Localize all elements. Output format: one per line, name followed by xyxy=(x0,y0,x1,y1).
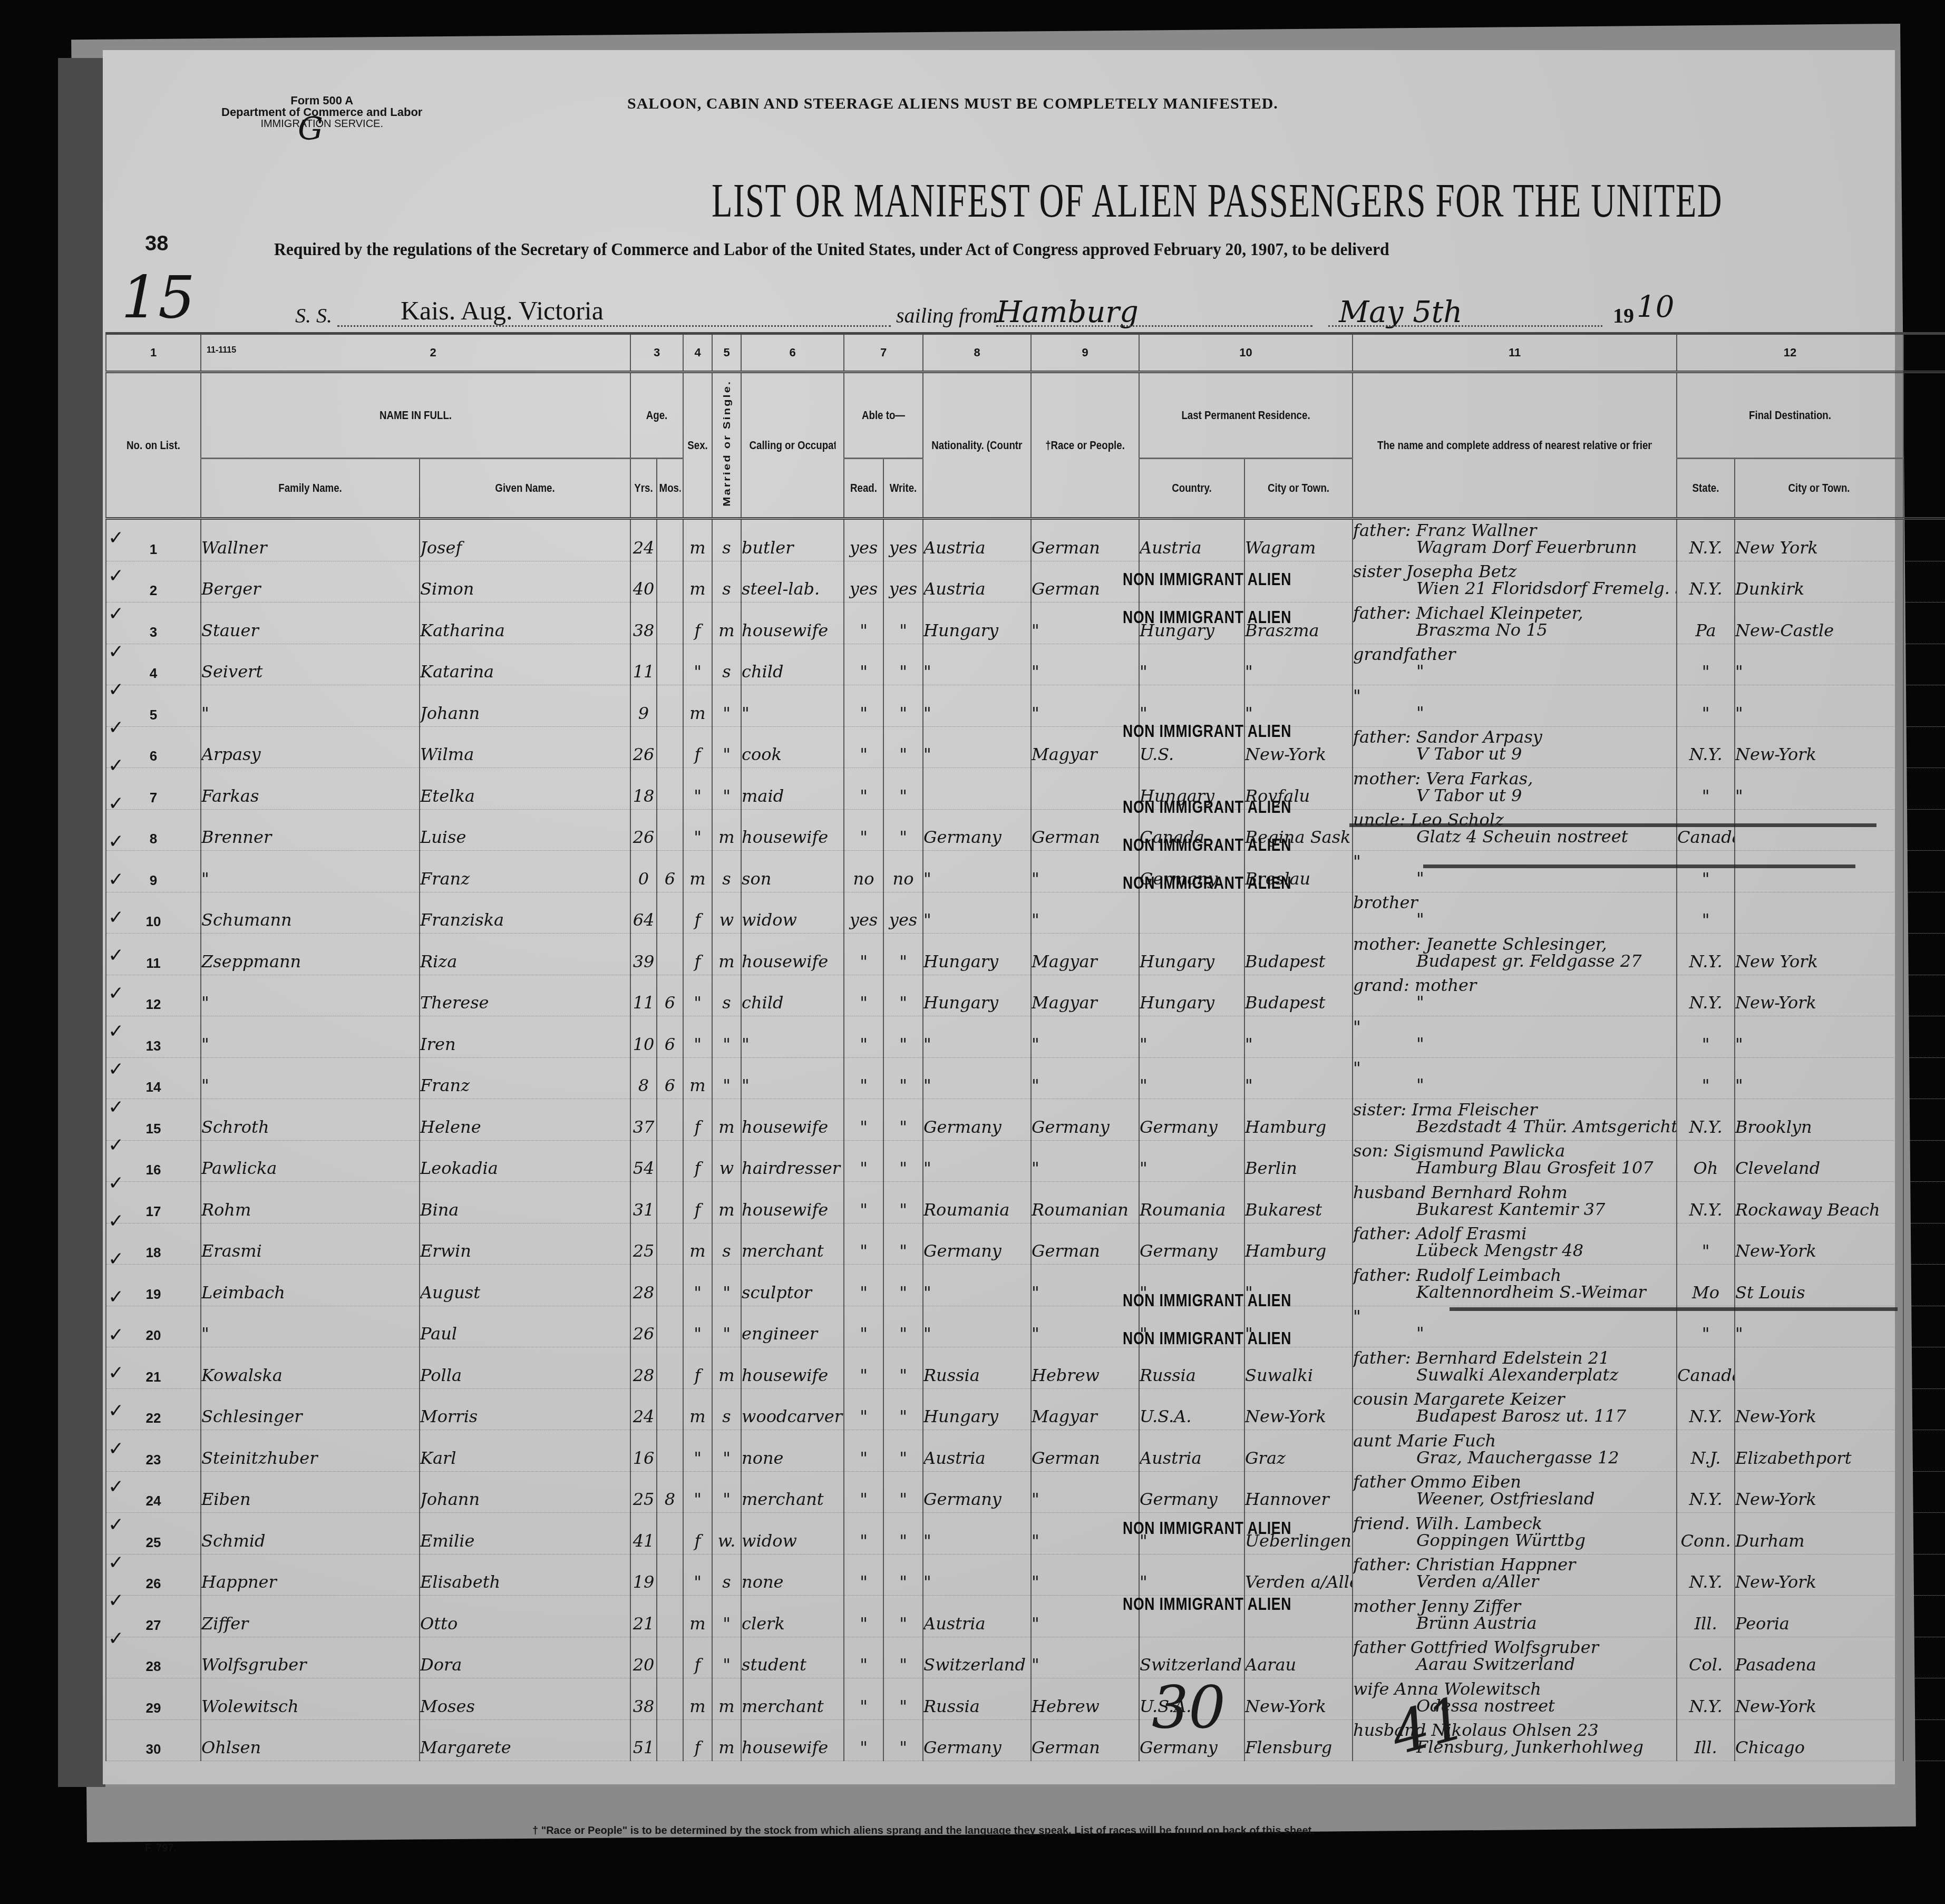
margin-check-icon: ✓ xyxy=(108,1021,124,1042)
age-years: 24 xyxy=(630,1388,657,1430)
manifest-banner: SALOON, CABIN AND STEERAGE ALIENS MUST B… xyxy=(627,95,1278,113)
marital-status: " xyxy=(712,1306,741,1347)
blank-cell xyxy=(1903,1306,1945,1347)
occupation: child xyxy=(741,644,844,685)
destination-state: Mo xyxy=(1677,1265,1735,1306)
given-name: Riza xyxy=(420,934,630,975)
nearest-relative: "" xyxy=(1353,1057,1677,1099)
destination-city: " xyxy=(1735,1016,1903,1058)
age-months xyxy=(657,1265,683,1306)
table-row: 3StauerKatharina38fmhousewife""Hungary"H… xyxy=(106,603,1945,644)
marital-status: " xyxy=(712,1471,741,1513)
list-code: 11-1115 xyxy=(207,346,236,355)
family-name: Kowalska xyxy=(201,1347,420,1389)
col-number-blank xyxy=(1903,334,1945,372)
destination-state: " xyxy=(1677,1057,1735,1099)
marital-status: s xyxy=(712,1388,741,1430)
relative-address: Lübeck Mengstr 48 xyxy=(1353,1242,1676,1259)
destination-state: Col. xyxy=(1677,1637,1735,1678)
family-name: Leimbach xyxy=(201,1265,420,1306)
header-write: Write. xyxy=(887,459,920,519)
can-read: " xyxy=(844,1471,883,1513)
margin-check-icon: ✓ xyxy=(108,1324,124,1346)
non-immigrant-stamp: NON IMMIGRANT ALIEN xyxy=(1123,607,1291,628)
list-number: 30 xyxy=(106,1720,201,1761)
ship-dotted-line xyxy=(337,325,891,327)
relative-name: sister: Irma Fleischer xyxy=(1353,1101,1676,1118)
header-nearest-relative: The name and complete address of nearest… xyxy=(1377,372,1652,519)
departure-port: Hamburg xyxy=(996,295,1139,329)
sex: m xyxy=(683,851,712,892)
nearest-relative: grandfather" xyxy=(1353,644,1677,685)
sex: " xyxy=(683,1016,712,1058)
marital-status: s xyxy=(712,561,741,603)
margin-check-icon: ✓ xyxy=(108,603,124,625)
family-name: Schlesinger xyxy=(201,1388,420,1430)
table-row: 8BrennerLuise26"mhousewife""GermanyGerma… xyxy=(106,809,1945,851)
given-name: Etelka xyxy=(420,768,630,810)
relative-address: Budapest Barosz ut. 117 xyxy=(1353,1407,1676,1424)
age-years: 39 xyxy=(630,934,657,975)
blank-cell xyxy=(1903,1596,1945,1637)
residence-country xyxy=(1139,892,1244,934)
col-number: 4 xyxy=(683,334,712,372)
residence-country: " xyxy=(1139,1140,1244,1182)
residence-city: Bukarest xyxy=(1244,1182,1353,1223)
family-name: Pawlicka xyxy=(201,1140,420,1182)
blank-cell xyxy=(1903,892,1945,934)
header-age: Age. xyxy=(635,372,679,459)
race: Hebrew xyxy=(1031,1347,1139,1389)
sex: f xyxy=(683,1637,712,1678)
nationality: Germany xyxy=(923,1223,1031,1265)
strike-line xyxy=(1423,864,1855,868)
age-years: 10 xyxy=(630,1016,657,1058)
can-write: " xyxy=(883,975,923,1016)
relative-address: Verden a/Aller xyxy=(1353,1573,1676,1590)
can-read: " xyxy=(844,1554,883,1596)
margin-check-icon: ✓ xyxy=(108,1058,124,1080)
family-name: Arpasy xyxy=(201,726,420,768)
can-write: " xyxy=(883,1182,923,1223)
given-name: Polla xyxy=(420,1347,630,1389)
occupation: housewife xyxy=(741,1099,844,1141)
margin-check-icon: ✓ xyxy=(108,1248,124,1270)
relative-name: father: Franz Wallner xyxy=(1353,522,1676,539)
destination-city xyxy=(1735,809,1903,851)
table-row: 17RohmBina31fmhousewife""RoumaniaRoumani… xyxy=(106,1182,1945,1223)
can-write: " xyxy=(883,685,923,727)
marital-status: m xyxy=(712,809,741,851)
margin-check-icon: ✓ xyxy=(108,1438,124,1460)
nearest-relative: son: Sigismund PawlickaHamburg Blau Gros… xyxy=(1353,1140,1677,1182)
given-name: Otto xyxy=(420,1596,630,1637)
race: Magyar xyxy=(1031,975,1139,1016)
sex: " xyxy=(683,644,712,685)
residence-country: Germany xyxy=(1139,1099,1244,1141)
nationality: Hungary xyxy=(923,975,1031,1016)
margin-check-icon: ✓ xyxy=(108,527,124,549)
col-number: 11-11152 xyxy=(201,334,630,372)
can-read: " xyxy=(844,603,883,644)
race: " xyxy=(1031,685,1139,727)
family-name: Ohlsen xyxy=(201,1720,420,1761)
residence-city: Verden a/Aller xyxy=(1244,1554,1353,1596)
relative-name: father Gottfried Wolfsgruber xyxy=(1353,1639,1676,1656)
margin-check-icon: ✓ xyxy=(108,1286,124,1308)
family-name: Wallner xyxy=(201,519,420,561)
family-name: Ziffer xyxy=(201,1596,420,1637)
column-number-row: 1 11-11152 3 4 5 6 7 8 9 10 11 12 xyxy=(106,334,1945,372)
header-occupation: Calling or Occupation. xyxy=(749,372,837,519)
blank-cell xyxy=(1903,519,1945,561)
nearest-relative: father: Christian HappnerVerden a/Aller xyxy=(1353,1554,1677,1596)
destination-state: N.Y. xyxy=(1677,1471,1735,1513)
table-row: 16PawlickaLeokadia54fwhairdresser"""""Be… xyxy=(106,1140,1945,1182)
destination-city: New-York xyxy=(1735,1388,1903,1430)
relative-address: " xyxy=(1353,1325,1676,1342)
sex: " xyxy=(683,1430,712,1472)
given-name: Simon xyxy=(420,561,630,603)
can-read: " xyxy=(844,1265,883,1306)
can-write: " xyxy=(883,1347,923,1389)
blank-cell xyxy=(1903,1471,1945,1513)
family-name: Stauer xyxy=(201,603,420,644)
relative-name: brother xyxy=(1353,894,1676,911)
given-name: Josef xyxy=(420,519,630,561)
nearest-relative: sister: Irma FleischerBezdstadt 4 Thür. … xyxy=(1353,1099,1677,1141)
marital-status: w xyxy=(712,892,741,934)
age-months xyxy=(657,1347,683,1389)
handwritten-group-mark: G xyxy=(298,111,323,148)
sex: f xyxy=(683,1099,712,1141)
occupation: housewife xyxy=(741,1720,844,1761)
destination-city: " xyxy=(1735,685,1903,727)
nearest-relative: "" xyxy=(1353,1306,1677,1347)
relative-name: father: Adolf Erasmi xyxy=(1353,1225,1676,1242)
family-name: " xyxy=(201,1016,420,1058)
race: " xyxy=(1031,644,1139,685)
residence-country: Russia xyxy=(1139,1347,1244,1389)
age-months xyxy=(657,934,683,975)
can-read: " xyxy=(844,644,883,685)
family-name: " xyxy=(201,685,420,727)
sex: f xyxy=(683,603,712,644)
col-number: 5 xyxy=(712,334,741,372)
nationality: " xyxy=(923,1140,1031,1182)
blank-cell xyxy=(1903,603,1945,644)
nationality: " xyxy=(923,1554,1031,1596)
table-row: 15SchrothHelene37fmhousewife""GermanyGer… xyxy=(106,1099,1945,1141)
given-name: Elisabeth xyxy=(420,1554,630,1596)
can-write: " xyxy=(883,1306,923,1347)
age-months xyxy=(657,685,683,727)
occupation: housewife xyxy=(741,603,844,644)
can-read: " xyxy=(844,1057,883,1099)
nearest-relative: "" xyxy=(1353,685,1677,727)
nearest-relative: father: Rudolf LeimbachKaltennordheim S.… xyxy=(1353,1265,1677,1306)
residence-country: " xyxy=(1139,644,1244,685)
nearest-relative: father Ommo EibenWeener, Ostfriesland xyxy=(1353,1471,1677,1513)
occupation: son xyxy=(741,851,844,892)
blank-cell xyxy=(1903,851,1945,892)
married-single-label: Married or Single. xyxy=(721,380,733,507)
can-read: " xyxy=(844,726,883,768)
race: Hebrew xyxy=(1031,1678,1139,1720)
age-years: 11 xyxy=(630,975,657,1016)
destination-state: N.Y. xyxy=(1677,1678,1735,1720)
age-months xyxy=(657,726,683,768)
blank-cell xyxy=(1903,1057,1945,1099)
can-write: " xyxy=(883,1223,923,1265)
margin-check-icon: ✓ xyxy=(108,717,124,739)
residence-city: Graz xyxy=(1244,1430,1353,1472)
family-name: Brenner xyxy=(201,809,420,851)
margin-check-icon: ✓ xyxy=(108,641,124,663)
departure-date: May 5th xyxy=(1339,295,1462,329)
age-months: 6 xyxy=(657,1057,683,1099)
table-row: 12"Therese116"schild""HungaryMagyarHunga… xyxy=(106,975,1945,1016)
destination-state: " xyxy=(1677,685,1735,727)
table-row: 22SchlesingerMorris24mswoodcarver""Hunga… xyxy=(106,1388,1945,1430)
can-write: " xyxy=(883,1720,923,1761)
nationality: Germany xyxy=(923,1471,1031,1513)
sailing-label: sailing from xyxy=(896,303,998,328)
age-months xyxy=(657,1554,683,1596)
sex: f xyxy=(683,892,712,934)
age-months xyxy=(657,1182,683,1223)
occupation: widow xyxy=(741,1513,844,1555)
residence-city: Suwalki xyxy=(1244,1347,1353,1389)
given-name: Moses xyxy=(420,1678,630,1720)
sex: m xyxy=(683,1388,712,1430)
age-years: 25 xyxy=(630,1223,657,1265)
marital-status: " xyxy=(712,1265,741,1306)
race: German xyxy=(1031,1430,1139,1472)
header-no-on-list: No. on List. xyxy=(113,372,194,519)
margin-check-icon: ✓ xyxy=(108,1552,124,1573)
non-immigrant-stamp: NON IMMIGRANT ALIEN xyxy=(1123,569,1291,590)
can-write: yes xyxy=(883,561,923,603)
can-write: " xyxy=(883,1678,923,1720)
margin-check-icon: ✓ xyxy=(108,1096,124,1118)
destination-city xyxy=(1735,892,1903,934)
table-row: 28WolfsgruberDora20f"student""Switzerlan… xyxy=(106,1637,1945,1678)
relative-address: " xyxy=(1353,704,1676,721)
sex: f xyxy=(683,1513,712,1555)
blank-cell xyxy=(1903,1347,1945,1389)
age-months xyxy=(657,644,683,685)
sex: m xyxy=(683,1057,712,1099)
age-years: 41 xyxy=(630,1513,657,1555)
footnote: † "Race or People" is to be determined b… xyxy=(532,1825,1315,1837)
residence-country: Roumania xyxy=(1139,1182,1244,1223)
given-name: Therese xyxy=(420,975,630,1016)
col-number: 7 xyxy=(844,334,923,372)
non-immigrant-stamp: NON IMMIGRANT ALIEN xyxy=(1123,721,1291,742)
table-row: 23SteinitzhuberKarl16""none""AustriaGerm… xyxy=(106,1430,1945,1472)
relative-address: V Tabor ut 9 xyxy=(1353,787,1676,804)
occupation: merchant xyxy=(741,1223,844,1265)
relative-address: V Tabor ut 9 xyxy=(1353,745,1676,762)
destination-state: Oh xyxy=(1677,1140,1735,1182)
sex: m xyxy=(683,685,712,727)
can-write: " xyxy=(883,726,923,768)
age-years: 9 xyxy=(630,685,657,727)
sex: m xyxy=(683,1678,712,1720)
nationality: " xyxy=(923,685,1031,727)
table-row: 13"Iren106""""""""""""" xyxy=(106,1016,1945,1058)
family-name: Erasmi xyxy=(201,1223,420,1265)
can-write: no xyxy=(883,851,923,892)
relative-name: " xyxy=(1353,687,1676,704)
destination-state: N.J. xyxy=(1677,1430,1735,1472)
age-months xyxy=(657,768,683,810)
family-name: " xyxy=(201,1306,420,1347)
nearest-relative: grand: mother" xyxy=(1353,975,1677,1016)
header-country: Country. xyxy=(1147,459,1237,519)
destination-state: N.Y. xyxy=(1677,561,1735,603)
sex: " xyxy=(683,1554,712,1596)
age-years: 20 xyxy=(630,1637,657,1678)
relative-address: Suwalki Alexanderplatz xyxy=(1353,1366,1676,1383)
margin-check-icon: ✓ xyxy=(108,565,124,587)
given-name: Bina xyxy=(420,1182,630,1223)
residence-city: Hamburg xyxy=(1244,1223,1353,1265)
table-row: 14"Franz86m"""""""""""" xyxy=(106,1057,1945,1099)
blank-cell xyxy=(1903,1223,1945,1265)
destination-city: Brooklyn xyxy=(1735,1099,1903,1141)
margin-check-icon: ✓ xyxy=(108,1362,124,1384)
residence-city: " xyxy=(1244,1057,1353,1099)
given-name: Franziska xyxy=(420,892,630,934)
can-write: " xyxy=(883,1513,923,1555)
nearest-relative: father: Michael Kleinpeter,Braszma No 15 xyxy=(1353,603,1677,644)
age-years: 24 xyxy=(630,519,657,561)
given-name: Karl xyxy=(420,1430,630,1472)
nationality: Hungary xyxy=(923,1388,1031,1430)
table-row: 19LeimbachAugust28""sculptor""""""father… xyxy=(106,1265,1945,1306)
age-months xyxy=(657,892,683,934)
occupation: housewife xyxy=(741,809,844,851)
binding-edge xyxy=(58,58,105,1787)
can-write: " xyxy=(883,1140,923,1182)
residence-city: Hamburg xyxy=(1244,1099,1353,1141)
relative-address: Wien 21 Floridsdorf Fremelg. 3 xyxy=(1353,580,1676,597)
can-write: " xyxy=(883,1637,923,1678)
can-read: " xyxy=(844,934,883,975)
margin-check-icon: ✓ xyxy=(108,945,124,966)
marital-status: s xyxy=(712,519,741,561)
age-years: 28 xyxy=(630,1265,657,1306)
destination-state: Conn. xyxy=(1677,1513,1735,1555)
destination-state: " xyxy=(1677,1306,1735,1347)
table-row: 1WallnerJosef24msbutleryesyesAustriaGerm… xyxy=(106,519,1945,561)
can-read: " xyxy=(844,1596,883,1637)
sex: f xyxy=(683,1182,712,1223)
marital-status: " xyxy=(712,768,741,810)
race: German xyxy=(1031,1720,1139,1761)
relative-name: father: Michael Kleinpeter, xyxy=(1353,605,1676,621)
occupation: cook xyxy=(741,726,844,768)
blank-cell xyxy=(1903,1265,1945,1306)
header-family-name: Family Name. xyxy=(217,459,403,519)
nearest-relative: father: Adolf ErasmiLübeck Mengstr 48 xyxy=(1353,1223,1677,1265)
nationality: Hungary xyxy=(923,603,1031,644)
age-years: 19 xyxy=(630,1554,657,1596)
occupation: housewife xyxy=(741,1182,844,1223)
marital-status: m xyxy=(712,1720,741,1761)
destination-city: New-York xyxy=(1735,726,1903,768)
col-number-2: 2 xyxy=(430,346,436,359)
nationality: " xyxy=(923,1016,1031,1058)
relative-address: Kaltennordheim S.-Weimar xyxy=(1353,1284,1676,1300)
age-months xyxy=(657,1637,683,1678)
nearest-relative: mother: Vera Farkas,V Tabor ut 9 xyxy=(1353,768,1677,810)
marital-status: m xyxy=(712,603,741,644)
marital-status: " xyxy=(712,726,741,768)
race: German xyxy=(1031,1223,1139,1265)
residence-city: Budapest xyxy=(1244,934,1353,975)
strike-line xyxy=(1450,1307,1898,1311)
margin-check-icon: ✓ xyxy=(108,1400,124,1422)
marital-status: s xyxy=(712,1554,741,1596)
occupation: housewife xyxy=(741,934,844,975)
can-read: yes xyxy=(844,561,883,603)
residence-country: Austria xyxy=(1139,519,1244,561)
can-write: " xyxy=(883,1471,923,1513)
can-read: " xyxy=(844,809,883,851)
can-read: " xyxy=(844,1347,883,1389)
nearest-relative: cousin Margarete KeizerBudapest Barosz u… xyxy=(1353,1388,1677,1430)
port-dotted-line xyxy=(996,325,1312,327)
destination-state: N.Y. xyxy=(1677,1554,1735,1596)
can-read: " xyxy=(844,1099,883,1141)
table-row: 18ErasmiErwin25msmerchant""GermanyGerman… xyxy=(106,1223,1945,1265)
nationality: Switzerland xyxy=(923,1637,1031,1678)
non-immigrant-stamp: NON IMMIGRANT ALIEN xyxy=(1123,1594,1291,1615)
age-years: 18 xyxy=(630,768,657,810)
residence-city: Flensburg xyxy=(1244,1720,1353,1761)
destination-city: " xyxy=(1735,768,1903,810)
given-name: Erwin xyxy=(420,1223,630,1265)
nationality: Germany xyxy=(923,1720,1031,1761)
age-years: 21 xyxy=(630,1596,657,1637)
nearest-relative: husband Bernhard RohmBukarest Kantemir 3… xyxy=(1353,1182,1677,1223)
blank-cell xyxy=(1903,1720,1945,1761)
race: Magyar xyxy=(1031,1388,1139,1430)
destination-city: Peoria xyxy=(1735,1596,1903,1637)
margin-check-icon: ✓ xyxy=(108,1514,124,1536)
residence-city: Hannover xyxy=(1244,1471,1353,1513)
col-number: 10 xyxy=(1139,334,1353,372)
occupation: " xyxy=(741,685,844,727)
can-read: no xyxy=(844,851,883,892)
nationality xyxy=(923,768,1031,810)
destination-city: New-Castle xyxy=(1735,603,1903,644)
age-years: 26 xyxy=(630,726,657,768)
can-write: " xyxy=(883,1057,923,1099)
can-read: " xyxy=(844,768,883,810)
family-name: Zseppmann xyxy=(201,934,420,975)
age-months xyxy=(657,1306,683,1347)
destination-state: N.Y. xyxy=(1677,519,1735,561)
age-months xyxy=(657,809,683,851)
age-years: 28 xyxy=(630,1347,657,1389)
family-name: Schmid xyxy=(201,1513,420,1555)
destination-state: " xyxy=(1677,768,1735,810)
age-months xyxy=(657,1388,683,1430)
